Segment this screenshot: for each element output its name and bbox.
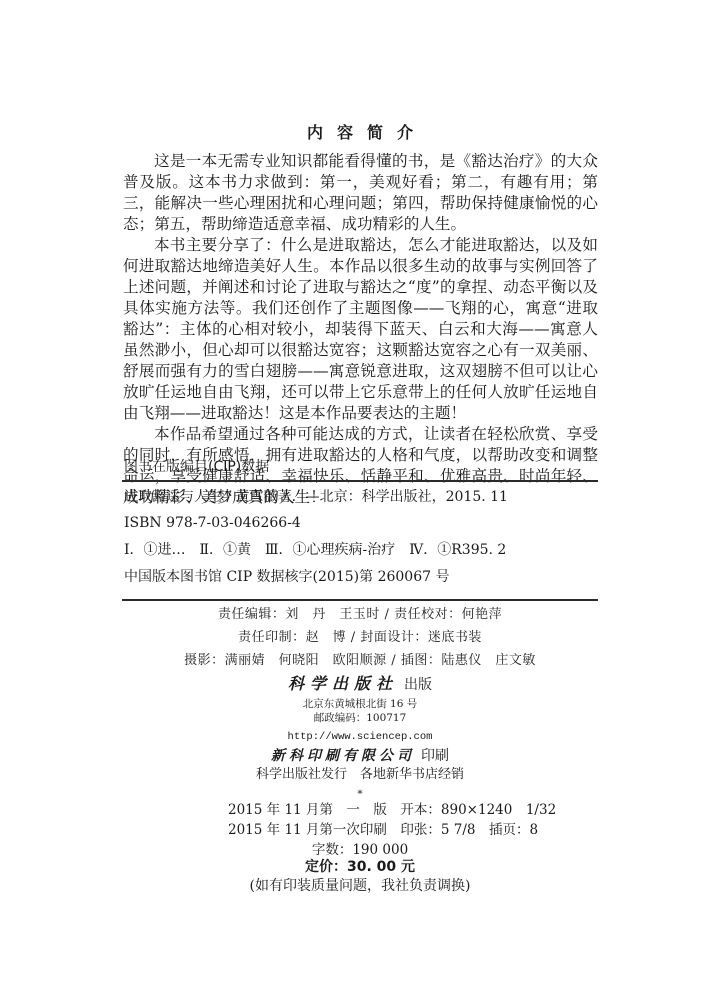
credit-editors: 责任编辑：刘 丹 王玉时 / 责任校对：何艳萍 (0, 606, 720, 624)
printer-name: 新科印刷有限公司 (271, 748, 415, 764)
price: 定价：30. 00 元 (0, 858, 720, 876)
printer-role: 印刷 (421, 748, 449, 764)
cip-record-number: 中国版本图书馆 CIP 数据核字(2015)第 260067 号 (124, 567, 449, 587)
summary-paragraph-1: 这是一本无需专业知识都能看得懂的书，是《豁达治疗》的大众普及版。这本书力求做到：… (123, 151, 598, 235)
cip-classification: Ⅰ．①进… Ⅱ．①黄 Ⅲ．①心理疾病-治疗 Ⅳ．①R395. 2 (124, 540, 506, 560)
cip-top-rule (122, 480, 598, 482)
publisher-postcode: 邮政编码：100717 (0, 711, 720, 725)
credit-production: 责任印制：赵 博 / 封面设计：迷底书装 (0, 629, 720, 647)
cip-header: 图书在版编目(CIP)数据 (124, 457, 269, 477)
credit-photography: 摄影：满丽婧 何晓阳 欧阳顺源 / 插图：陆惠仪 庄文敏 (0, 652, 720, 670)
summary-paragraph-2: 本书主要分享了：什么是进取豁达，怎么才能进取豁达，以及如何进取豁达地缔造美好人生… (123, 235, 598, 424)
edition-line: 2015 年 11 月第 一 版 开本：890×1240 1/32 (228, 801, 556, 819)
publisher-role: 出版 (404, 677, 432, 693)
separator-asterisk: * (0, 787, 720, 801)
cip-isbn: ISBN 978-7-03-046266-4 (124, 513, 301, 533)
publisher-url: http://www.sciencep.com (0, 730, 720, 744)
cip-bottom-rule (122, 599, 598, 601)
page-title: 内容简介 (0, 122, 720, 144)
printer-line: 新科印刷有限公司印刷 (0, 745, 720, 766)
publisher-name: 科学出版社 (288, 674, 398, 693)
word-count: 字数：190 000 (0, 841, 720, 859)
summary-body: 这是一本无需专业知识都能看得懂的书，是《豁达治疗》的大众普及版。这本书力求做到：… (123, 151, 598, 508)
printing-line: 2015 年 11 月第一次印刷 印张：5 7/8 插页：8 (228, 821, 538, 839)
quality-notice: (如有印装质量问题，我社负责调换) (0, 877, 720, 895)
cip-title-line: 进取豁达与人生 / 黄雪薇著．—北京：科学出版社，2015. 11 (124, 487, 508, 507)
publisher-address: 北京东黄城根北街 16 号 (0, 697, 720, 711)
distribution-line: 科学出版社发行 各地新华书店经销 (0, 766, 720, 784)
publisher-line: 科学出版社出版 (0, 674, 720, 695)
